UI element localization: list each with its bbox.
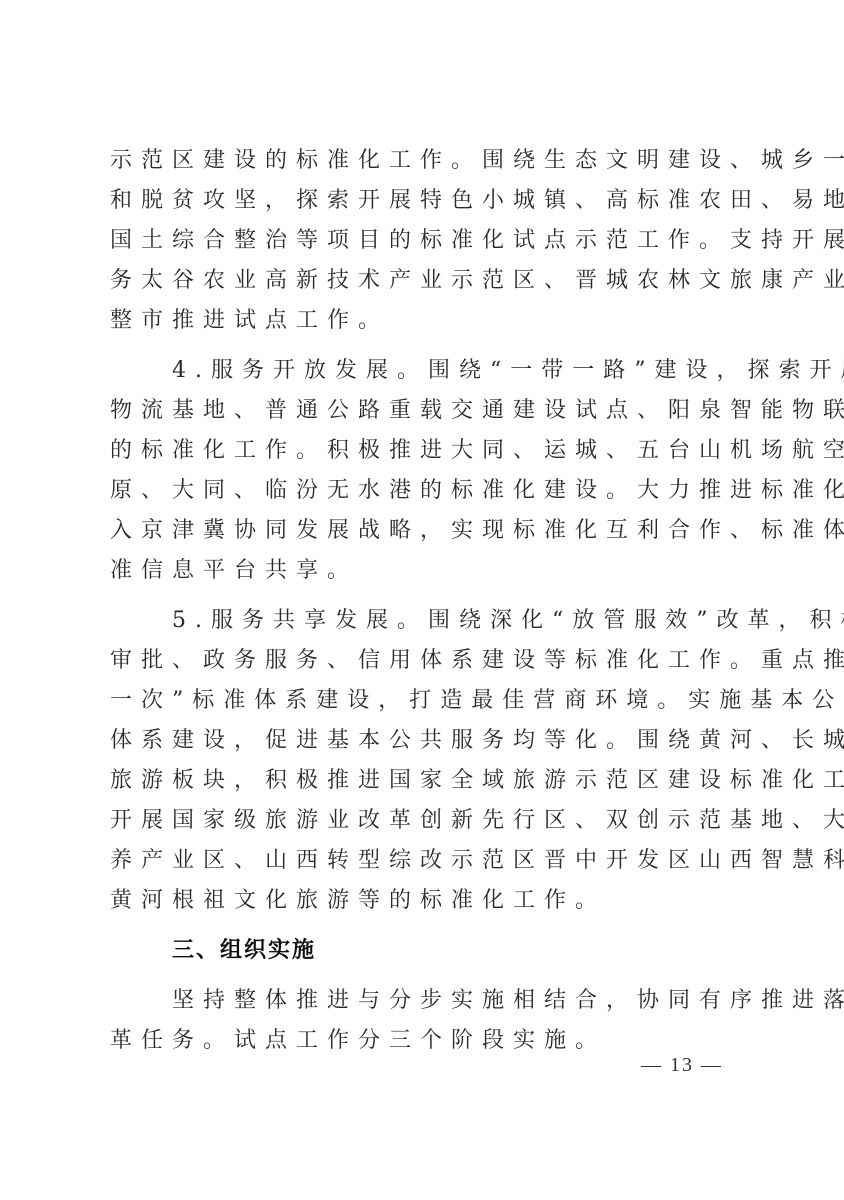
body-text-line: 入京津冀协同发展战略，实现标准化互利合作、标准体系互认、标 (110, 511, 740, 551)
body-text-line: 的标准化工作。积极推进大同、运城、五台山机场航空口岸和太 (110, 431, 740, 471)
body-text-line: 养产业区、山西转型综改示范区晋中开发区山西智慧科技城、临汾 (110, 841, 740, 881)
body-text-line: 审批、政务服务、信用体系建设等标准化工作。重点推进“最多跑 (110, 641, 740, 681)
body-text-line: 示范区建设的标准化工作。围绕生态文明建设、城乡一体化发展 (110, 141, 740, 181)
body-text-line: 一次”标准体系建设，打造最佳营商环境。实施基本公共服务标准 (110, 681, 740, 721)
paragraph-4-start: 4.服务开放发展。围绕“一带一路”建设，探索开展大型综合 (172, 351, 740, 391)
body-text-line: 务太谷农业高新技术产业示范区、晋城农林文旅康产业整合发展 (110, 261, 740, 301)
body-text-line: 整市推进试点工作。 (110, 301, 740, 341)
body-text-line: 黄河根祖文化旅游等的标准化工作。 (110, 881, 740, 921)
paragraph-5-start: 5.服务共享发展。围绕深化“放管服效”改革，积极推进行政 (172, 601, 740, 641)
body-text-line: 开展国家级旅游业改革创新先行区、双创示范基地、大同市综合康 (110, 801, 740, 841)
body-text-line: 体系建设，促进基本公共服务均等化。围绕黄河、长城、太行三大 (110, 721, 740, 761)
section-heading: 三、组织实施 (172, 931, 740, 971)
body-text-line: 和脱贫攻坚，探索开展特色小城镇、高标准农田、易地扶贫搬迁与 (110, 181, 740, 221)
body-text-line: 旅游板块，积极推进国家全域旅游示范区建设标准化工作。探索 (110, 761, 740, 801)
page-number: — 13 — (632, 1050, 732, 1080)
body-text-line: 物流基地、普通公路重载交通建设试点、阳泉智能物联网应用基地 (110, 391, 740, 431)
document-page: 示范区建设的标准化工作。围绕生态文明建设、城乡一体化发展 和脱贫攻坚，探索开展特… (0, 0, 844, 1200)
body-text-line: 国土综合整治等项目的标准化试点示范工作。支持开展标准化服 (110, 221, 740, 261)
closing-paragraph-start: 坚持整体推进与分步实施相结合，协同有序推进落实各项改 (172, 981, 740, 1021)
body-text-line: 原、大同、临汾无水港的标准化建设。大力推进标准化工作深度融 (110, 471, 740, 511)
body-text-line: 准信息平台共享。 (110, 551, 740, 591)
